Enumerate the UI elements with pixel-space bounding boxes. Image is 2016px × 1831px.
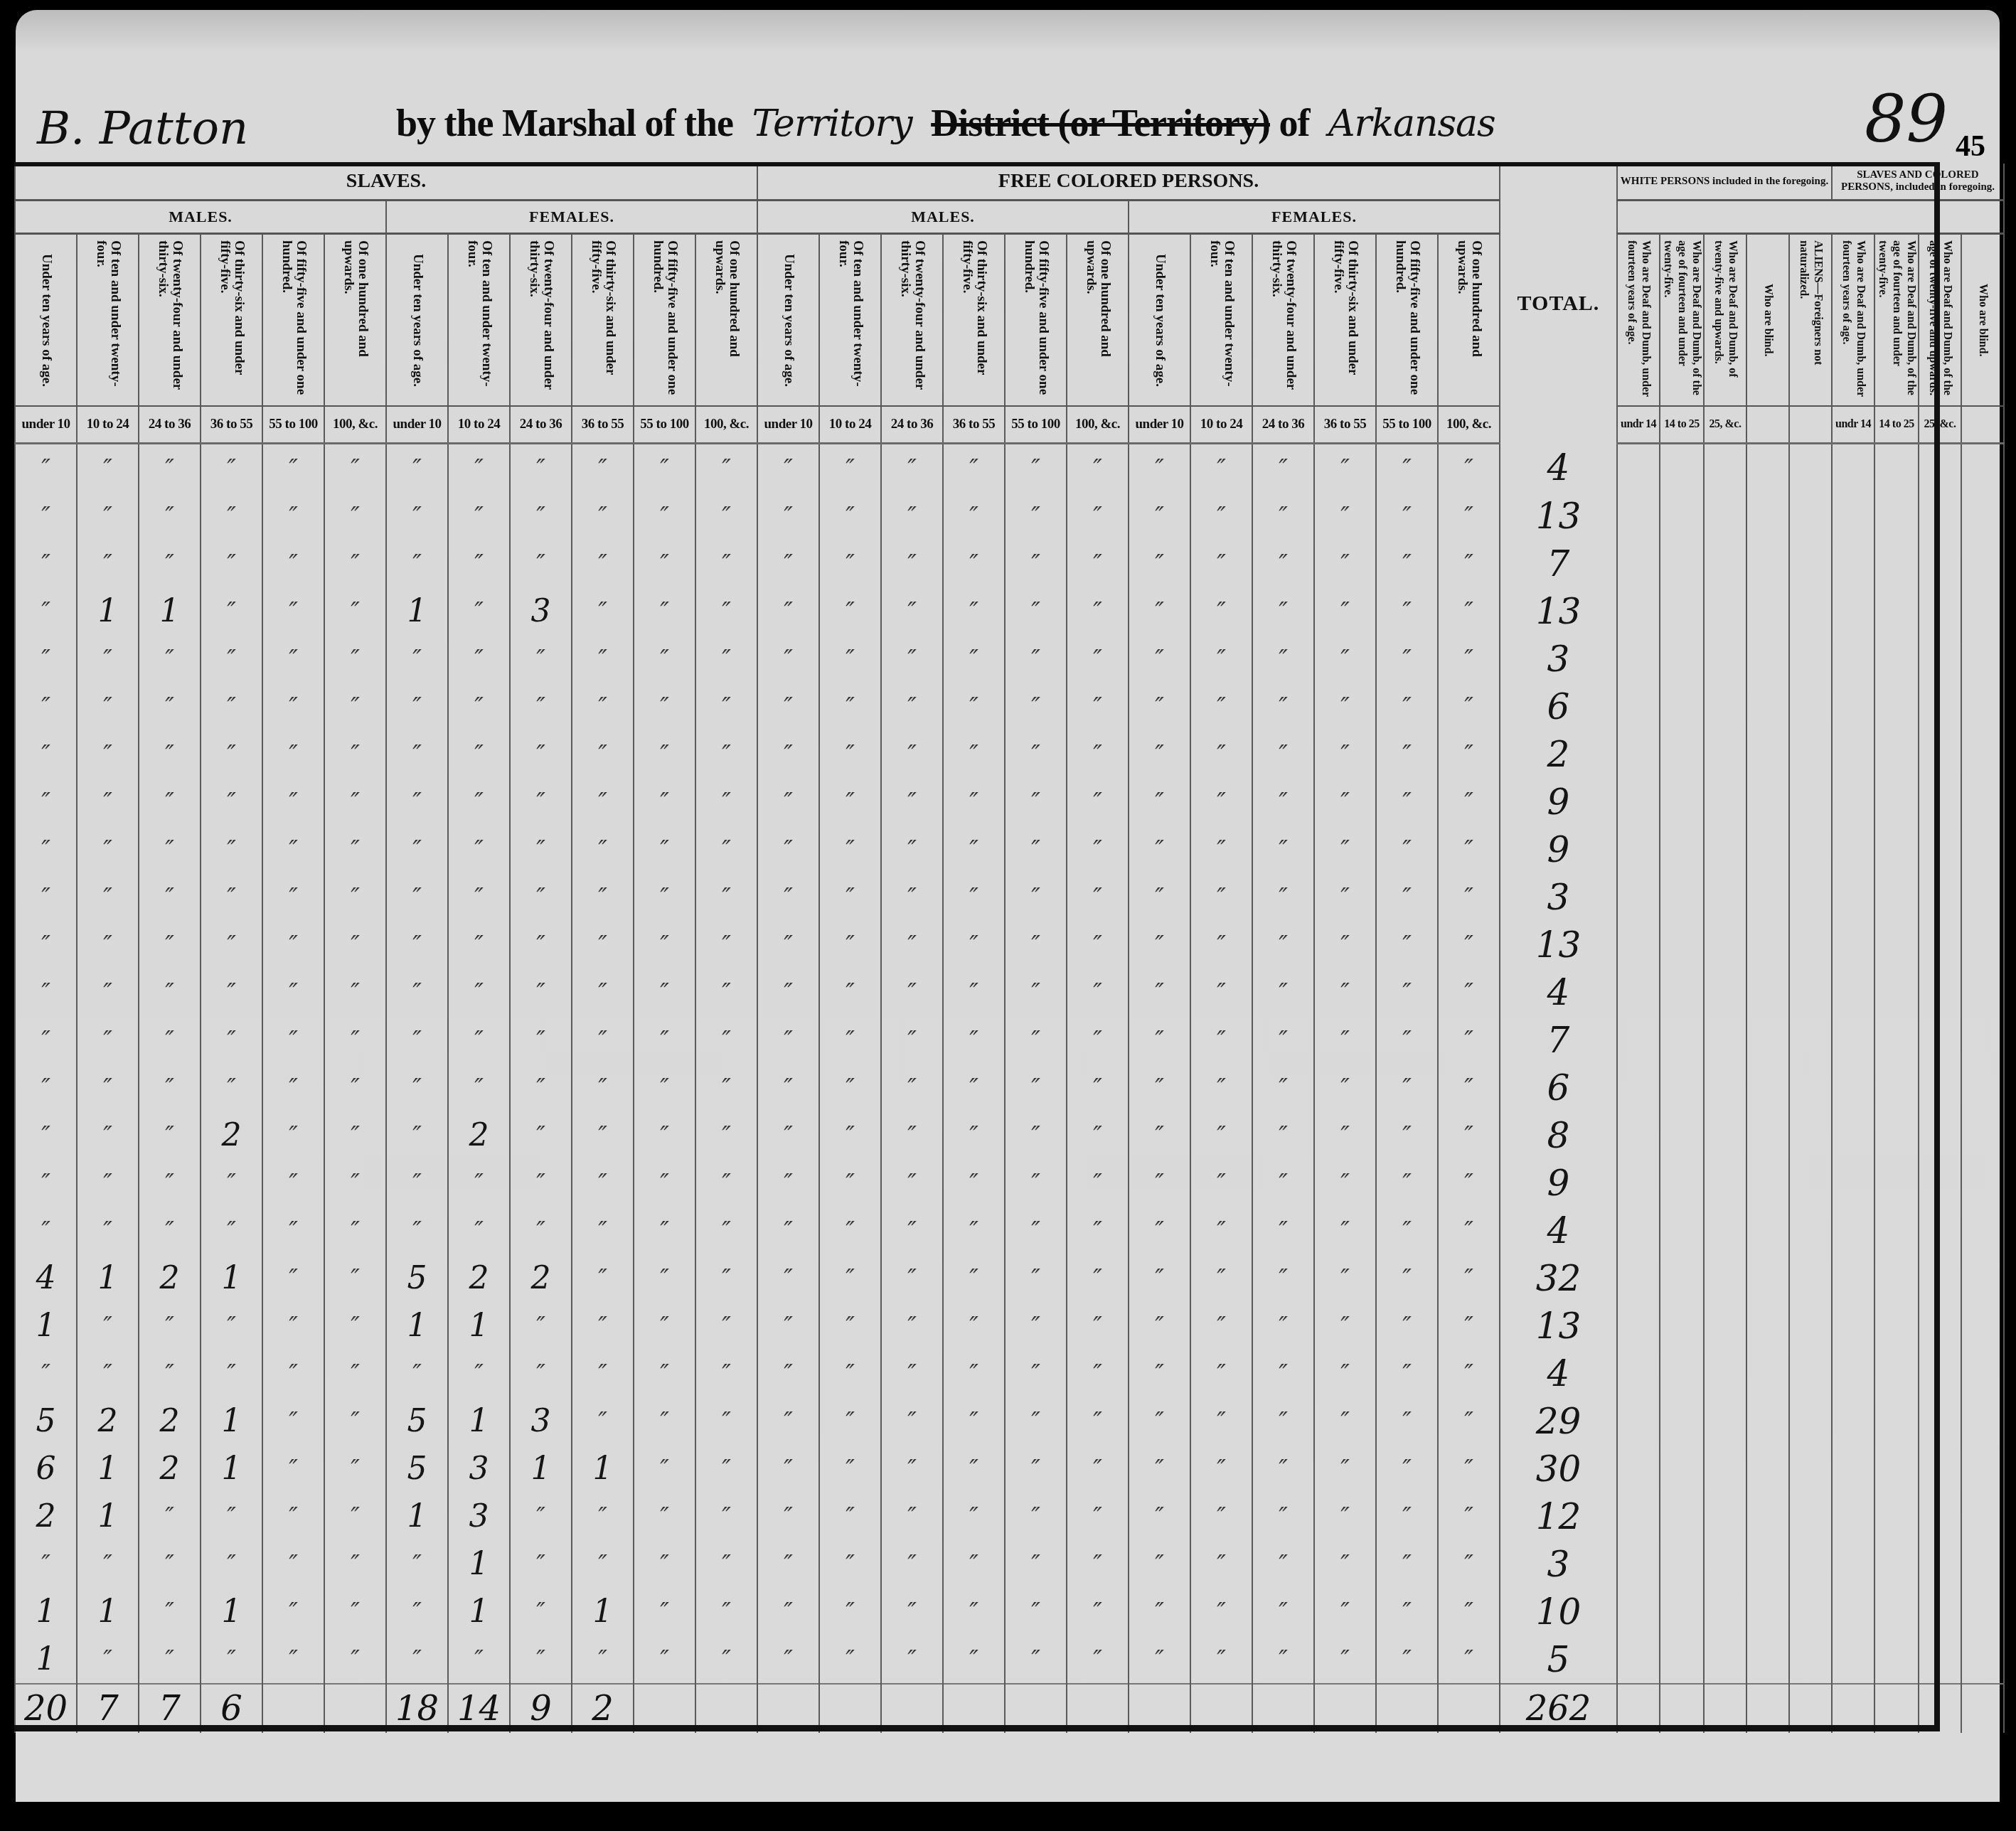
infirm-cell: [1704, 778, 1746, 826]
infirm-cell: [1832, 921, 1874, 968]
age-column-header: Of fifty-five and under one hundred.: [1005, 234, 1067, 407]
infirm-cell: [1789, 1588, 1832, 1635]
table-row: ″″″2″″″2″″″″″″″″″″″″″″″″8: [15, 1111, 2004, 1159]
free-colored-sum: [1438, 1684, 1500, 1733]
slave-male-cell: 2: [201, 1111, 262, 1159]
free-colored-cell: ″: [1438, 1064, 1500, 1111]
infirm-cell: [1617, 730, 1660, 778]
slave-male-cell: ″: [324, 873, 386, 921]
infirm-cell: [1919, 635, 1961, 683]
slave-female-cell: ″: [695, 587, 757, 635]
slave-male-cell: ″: [201, 1159, 262, 1207]
free-colored-cell: ″: [1376, 778, 1438, 826]
free-colored-cell: ″: [757, 1588, 819, 1635]
slave-male-cell: ″: [262, 683, 324, 730]
infirm-cell: [1832, 1445, 1874, 1493]
free-colored-cell: ″: [1067, 683, 1129, 730]
slave-female-cell: ″: [572, 1493, 634, 1540]
slave-male-cell: 2: [139, 1397, 201, 1445]
infirm-cell: [1704, 826, 1746, 873]
slave-male-cell: ″: [201, 1540, 262, 1588]
infirm-cell: [1660, 540, 1704, 587]
infirm-cell: [1874, 873, 1919, 921]
colored-infirm-column-header: Who are blind.: [1961, 234, 2004, 407]
age-range-label: 55 to 100: [1376, 406, 1438, 444]
slave-male-cell: ″: [201, 778, 262, 826]
slave-female-cell: ″: [510, 826, 572, 873]
colored-column-description: Who are Deaf and Dumb, of the age of fou…: [1875, 240, 1918, 400]
infirm-cell: [1961, 444, 2004, 493]
table-row: ″″″″″″″″″″″″″″″″″″″″″″″″7: [15, 540, 2004, 587]
free-colored-cell: ″: [819, 1493, 881, 1540]
free-colored-cell: ″: [1190, 1207, 1252, 1254]
slave-female-cell: ″: [634, 730, 695, 778]
free-colored-cell: ″: [1005, 1635, 1067, 1684]
infirm-cell: [1617, 1445, 1660, 1493]
slave-female-cell: ″: [572, 778, 634, 826]
infirm-cell: [1704, 444, 1746, 493]
table-row: 6121″″5311″″″″″″″″″″″″″″30: [15, 1445, 2004, 1493]
infirm-cell: [1704, 635, 1746, 683]
infirm-cell: [1919, 1493, 1961, 1540]
infirm-cell: [1961, 1254, 2004, 1302]
row-total: 4: [1500, 1350, 1617, 1397]
free-colored-cell: ″: [1438, 587, 1500, 635]
slave-female-sum: 14: [448, 1684, 510, 1733]
free-colored-cell: ″: [1314, 1445, 1376, 1493]
infirm-cell: [1704, 540, 1746, 587]
infirm-cell: [1660, 1635, 1704, 1684]
infirm-cell: [1874, 1540, 1919, 1588]
free-colored-cell: ″: [1438, 1111, 1500, 1159]
infirm-cell: [1832, 873, 1874, 921]
infirm-cell: [1746, 1159, 1789, 1207]
infirm-cell: [1617, 1588, 1660, 1635]
age-column-description: Of one hundred and upwards.: [341, 240, 370, 400]
slave-male-cell: ″: [324, 635, 386, 683]
infirm-cell: [1704, 492, 1746, 540]
infirm-cell: [1704, 730, 1746, 778]
slave-female-cell: ″: [386, 683, 448, 730]
free-colored-cell: ″: [881, 1397, 943, 1445]
slave-female-cell: ″: [695, 1254, 757, 1302]
title-of: of: [1279, 102, 1310, 144]
slave-female-cell: ″: [448, 587, 510, 635]
white-column-description: Who are Deaf and Dumb, of twenty-five an…: [1711, 240, 1739, 400]
slave-female-cell: ″: [510, 1064, 572, 1111]
free-colored-cell: ″: [1005, 826, 1067, 873]
free-colored-cell: ″: [1005, 492, 1067, 540]
slave-male-cell: ″: [139, 683, 201, 730]
free-colored-cell: ″: [1314, 1111, 1376, 1159]
free-colored-cell: ″: [819, 873, 881, 921]
slave-female-cell: 2: [448, 1111, 510, 1159]
free-colored-cell: ″: [1438, 1397, 1500, 1445]
free-colored-cell: ″: [1252, 587, 1314, 635]
title-prefix: by the Marshal of the: [396, 102, 733, 144]
slave-female-cell: ″: [510, 873, 572, 921]
free-colored-cell: ″: [1314, 1016, 1376, 1064]
slave-female-cell: ″: [695, 1207, 757, 1254]
slave-female-cell: ″: [634, 1064, 695, 1111]
slave-male-cell: 2: [15, 1493, 77, 1540]
free-colored-cell: ″: [1067, 540, 1129, 587]
infirm-cell: [1832, 1111, 1874, 1159]
row-total: 3: [1500, 873, 1617, 921]
slave-male-cell: ″: [324, 1397, 386, 1445]
infirm-cell: [1746, 778, 1789, 826]
slave-male-cell: ″: [15, 492, 77, 540]
slave-female-cell: ″: [695, 1016, 757, 1064]
free-colored-cell: ″: [1129, 1493, 1190, 1540]
free-colored-cell: ″: [1005, 1588, 1067, 1635]
age-range-label: 24 to 36: [1252, 406, 1314, 444]
slave-female-cell: ″: [634, 1254, 695, 1302]
free-colored-cell: ″: [819, 1588, 881, 1635]
infirm-cell: [1746, 1397, 1789, 1445]
infirm-sum: [1832, 1684, 1874, 1733]
slave-male-cell: ″: [324, 1350, 386, 1397]
infirm-cell: [1789, 635, 1832, 683]
table-row: ″″″″″″″″″″″″″″″″″″″″″″″″4: [15, 968, 2004, 1016]
slave-male-cell: ″: [139, 492, 201, 540]
slave-male-cell: ″: [262, 1254, 324, 1302]
infirm-cell: [1919, 873, 1961, 921]
free-colored-cell: ″: [1314, 1064, 1376, 1111]
slave-female-cell: ″: [448, 1207, 510, 1254]
infirm-cell: [1832, 968, 1874, 1016]
slave-male-cell: ″: [15, 1016, 77, 1064]
free-colored-cell: ″: [1005, 730, 1067, 778]
free-colored-cell: ″: [881, 1350, 943, 1397]
free-colored-cell: ″: [1252, 1493, 1314, 1540]
free-colored-sum: [1376, 1684, 1438, 1733]
infirm-cell: [1617, 1397, 1660, 1445]
free-colored-cell: ″: [1376, 873, 1438, 921]
infirm-cell: [1919, 1016, 1961, 1064]
free-colored-cell: ″: [1129, 587, 1190, 635]
infirm-cell: [1617, 1111, 1660, 1159]
free-colored-cell: ″: [757, 683, 819, 730]
infirm-cell: [1746, 873, 1789, 921]
infirm-cell: [1789, 1254, 1832, 1302]
table-row: ″″″″″″″″″″″″″″″″″″″″″″″″3: [15, 635, 2004, 683]
slave-male-cell: 2: [77, 1397, 139, 1445]
slave-female-cell: ″: [695, 1302, 757, 1350]
printed-page-number: 45: [1956, 129, 1985, 164]
slave-male-cell: ″: [262, 587, 324, 635]
free-colored-cell: ″: [1252, 444, 1314, 493]
free-colored-cell: ″: [943, 683, 1005, 730]
slave-female-cell: ″: [695, 635, 757, 683]
free-colored-cell: ″: [881, 968, 943, 1016]
infirm-cell: [1617, 1540, 1660, 1588]
white-infirm-column-header: Who are Deaf and Dumb, under fourteen ye…: [1617, 234, 1660, 407]
white-infirm-column-header: Who are Deaf and Dumb, of the age of fou…: [1660, 234, 1704, 407]
handwritten-page-number: 89: [1865, 81, 1948, 157]
infirm-sum: [1746, 1684, 1789, 1733]
slave-female-cell: ″: [572, 683, 634, 730]
slave-female-cell: ″: [386, 921, 448, 968]
row-total: 30: [1500, 1445, 1617, 1493]
table-row: ″″″″″″″″″″″″″″″″″″″″″″″″13: [15, 492, 2004, 540]
slave-male-cell: 1: [201, 1254, 262, 1302]
slave-male-cell: ″: [262, 826, 324, 873]
infirm-cell: [1919, 1445, 1961, 1493]
infirm-cell: [1919, 444, 1961, 493]
slave-female-cell: ″: [695, 826, 757, 873]
slave-male-cell: ″: [77, 730, 139, 778]
infirm-cell: [1919, 1588, 1961, 1635]
slave-male-cell: ″: [139, 1350, 201, 1397]
slave-male-cell: ″: [262, 1207, 324, 1254]
free-colored-cell: ″: [757, 635, 819, 683]
age-column-description: Of ten and under twenty-four.: [94, 240, 122, 400]
free-colored-cell: ″: [943, 1159, 1005, 1207]
infirm-cell: [1874, 635, 1919, 683]
subheader-spacer: [1617, 201, 2004, 234]
slave-female-cell: ″: [386, 730, 448, 778]
infirm-cell: [1704, 873, 1746, 921]
free-colored-cell: ″: [1190, 921, 1252, 968]
grand-total: 262: [1500, 1684, 1617, 1733]
slave-male-cell: ″: [139, 1159, 201, 1207]
infirm-cell: [1746, 587, 1789, 635]
column-totals-row: 20776181492262: [15, 1684, 2004, 1733]
slave-male-cell: ″: [324, 1540, 386, 1588]
slave-female-cell: ″: [510, 1635, 572, 1684]
table-row: ″″″″″″″″″″″″″″″″″″″″″″″″9: [15, 1159, 2004, 1207]
slave-male-cell: ″: [201, 587, 262, 635]
slave-male-cell: 1: [77, 587, 139, 635]
slave-male-cell: 1: [201, 1588, 262, 1635]
infirm-cell: [1789, 1540, 1832, 1588]
infirm-cell: [1617, 1254, 1660, 1302]
infirm-cell: [1789, 1397, 1832, 1445]
infirm-cell: [1789, 1111, 1832, 1159]
infirm-sum: [1874, 1684, 1919, 1733]
slave-female-cell: ″: [572, 492, 634, 540]
table-row: ″″″″″″″1″″″″″″″″″″″″″″″″3: [15, 1540, 2004, 1588]
slave-female-sum: 18: [386, 1684, 448, 1733]
age-range-label: 36 to 55: [572, 406, 634, 444]
infirm-cell: [1874, 1254, 1919, 1302]
age-range-label: 55 to 100: [1005, 406, 1067, 444]
slave-male-cell: ″: [201, 730, 262, 778]
free-colored-males-header: MALES.: [757, 201, 1129, 234]
age-column-description: Under ten years of age.: [782, 254, 796, 387]
infirm-sum: [1919, 1684, 1961, 1733]
slave-female-cell: ″: [634, 1397, 695, 1445]
infirm-cell: [1961, 1302, 2004, 1350]
free-colored-cell: ″: [1376, 1302, 1438, 1350]
infirm-cell: [1660, 968, 1704, 1016]
infirm-cell: [1874, 1445, 1919, 1493]
free-colored-cell: ″: [943, 444, 1005, 493]
slave-male-cell: ″: [262, 540, 324, 587]
free-colored-cell: ″: [1005, 1302, 1067, 1350]
infirm-cell: [1617, 921, 1660, 968]
slave-male-cell: ″: [324, 1588, 386, 1635]
infirm-cell: [1919, 1254, 1961, 1302]
free-colored-cell: ″: [1252, 826, 1314, 873]
row-total: 4: [1500, 968, 1617, 1016]
slave-female-cell: 3: [448, 1493, 510, 1540]
slave-male-cell: ″: [77, 444, 139, 493]
infirm-cell: [1789, 730, 1832, 778]
free-colored-cell: ″: [1190, 587, 1252, 635]
free-colored-cell: ″: [1129, 1540, 1190, 1588]
free-colored-cell: ″: [1190, 1493, 1252, 1540]
infirm-cell: [1919, 826, 1961, 873]
slave-male-cell: ″: [15, 1159, 77, 1207]
slave-male-cell: ″: [139, 1493, 201, 1540]
slave-female-cell: ″: [695, 1159, 757, 1207]
slave-female-cell: ″: [572, 1540, 634, 1588]
infirm-cell: [1961, 1111, 2004, 1159]
free-colored-sum: [757, 1684, 819, 1733]
slave-male-cell: ″: [262, 1016, 324, 1064]
free-colored-cell: ″: [943, 968, 1005, 1016]
slave-female-cell: ″: [510, 778, 572, 826]
slave-male-cell: ″: [201, 1302, 262, 1350]
infirm-cell: [1919, 968, 1961, 1016]
slave-female-cell: ″: [510, 1350, 572, 1397]
free-colored-cell: ″: [881, 730, 943, 778]
free-colored-cell: ″: [881, 587, 943, 635]
free-colored-cell: ″: [943, 730, 1005, 778]
age-column-header: Of twenty-four and under thirty-six.: [139, 234, 201, 407]
free-colored-cell: ″: [1005, 873, 1067, 921]
infirm-cell: [1746, 683, 1789, 730]
slave-female-cell: ″: [634, 1635, 695, 1684]
free-colored-cell: ″: [1314, 635, 1376, 683]
white-column-description: Who are blind.: [1761, 284, 1775, 356]
slave-male-cell: ″: [139, 1207, 201, 1254]
group-free-colored: FREE COLORED PERSONS.: [757, 164, 1500, 201]
slave-female-cell: ″: [634, 635, 695, 683]
slave-male-cell: ″: [77, 492, 139, 540]
free-colored-cell: ″: [819, 444, 881, 493]
slave-male-cell: ″: [77, 826, 139, 873]
group-white-persons: WHITE PERSONS included in the foregoing.: [1617, 164, 1832, 201]
slave-male-cell: ″: [15, 540, 77, 587]
free-colored-cell: ″: [1438, 1540, 1500, 1588]
free-colored-cell: ″: [1190, 1397, 1252, 1445]
row-total: 9: [1500, 778, 1617, 826]
free-colored-cell: ″: [1376, 1159, 1438, 1207]
slave-male-cell: ″: [77, 1302, 139, 1350]
slave-male-cell: ″: [324, 540, 386, 587]
free-colored-cell: ″: [1314, 1588, 1376, 1635]
slave-male-cell: ″: [324, 587, 386, 635]
age-column-description: Of thirty-six and under fifty-five.: [218, 240, 246, 400]
free-colored-cell: ″: [1314, 1207, 1376, 1254]
infirm-cell: [1961, 1350, 2004, 1397]
slave-female-cell: ″: [510, 730, 572, 778]
row-total: 29: [1500, 1397, 1617, 1445]
free-colored-cell: ″: [881, 1493, 943, 1540]
infirm-cell: [1961, 1445, 2004, 1493]
slave-male-cell: 5: [15, 1397, 77, 1445]
age-column-header: Of fifty-five and under one hundred.: [1376, 234, 1438, 407]
free-colored-cell: ″: [1314, 1635, 1376, 1684]
infirm-cell: [1832, 1540, 1874, 1588]
free-colored-sum: [1067, 1684, 1129, 1733]
infirm-cell: [1961, 540, 2004, 587]
age-range-label: 36 to 55: [943, 406, 1005, 444]
slave-female-cell: ″: [448, 873, 510, 921]
slave-male-cell: ″: [15, 1064, 77, 1111]
free-colored-cell: ″: [1252, 683, 1314, 730]
free-colored-cell: ″: [1067, 444, 1129, 493]
free-colored-cell: ″: [1129, 1445, 1190, 1493]
slave-male-cell: ″: [262, 730, 324, 778]
row-total: 3: [1500, 635, 1617, 683]
free-colored-cell: ″: [1190, 1350, 1252, 1397]
slave-female-cell: ″: [386, 826, 448, 873]
infirm-cell: [1660, 1016, 1704, 1064]
infirm-cell: [1746, 730, 1789, 778]
slave-female-cell: ″: [572, 587, 634, 635]
slave-male-cell: ″: [15, 921, 77, 968]
handwritten-place: Arkansas: [1328, 102, 1495, 145]
slave-male-cell: ″: [262, 1588, 324, 1635]
slave-male-cell: ″: [15, 444, 77, 493]
free-colored-cell: ″: [1314, 683, 1376, 730]
slave-female-cell: ″: [510, 444, 572, 493]
infirm-cell: [1617, 1064, 1660, 1111]
infirm-cell: [1660, 1207, 1704, 1254]
infirm-cell: [1874, 683, 1919, 730]
infirm-sum: [1789, 1684, 1832, 1733]
infirm-cell: [1660, 587, 1704, 635]
row-total: 12: [1500, 1493, 1617, 1540]
age-column-header: Of thirty-six and under fifty-five.: [943, 234, 1005, 407]
slave-female-cell: ″: [448, 635, 510, 683]
free-colored-cell: ″: [1376, 1397, 1438, 1445]
table-row: 1″″″″″″″″″″″″″″″″″″″″″″″5: [15, 1635, 2004, 1684]
infirm-cell: [1832, 587, 1874, 635]
free-colored-cell: ″: [1129, 444, 1190, 493]
infirm-cell: [1704, 1159, 1746, 1207]
infirm-cell: [1832, 1588, 1874, 1635]
slave-male-cell: ″: [201, 873, 262, 921]
infirm-cell: [1789, 1159, 1832, 1207]
free-colored-cell: ″: [819, 492, 881, 540]
infirm-cell: [1874, 968, 1919, 1016]
free-colored-cell: ″: [1376, 921, 1438, 968]
free-colored-cell: ″: [1067, 873, 1129, 921]
slave-female-cell: ″: [448, 826, 510, 873]
free-colored-cell: ″: [819, 968, 881, 1016]
row-total: 13: [1500, 1302, 1617, 1350]
slave-female-cell: 1: [448, 1588, 510, 1635]
age-range-label: 100, &c.: [1067, 406, 1129, 444]
free-colored-cell: ″: [1252, 1540, 1314, 1588]
free-colored-cell: ″: [1376, 1350, 1438, 1397]
table-row: ″″″″″″″″″″″″″″″″″″″″″″″″2: [15, 730, 2004, 778]
slave-male-cell: ″: [324, 1016, 386, 1064]
free-colored-cell: ″: [1438, 1302, 1500, 1350]
age-range-label: 100, &c.: [324, 406, 386, 444]
infirm-cell: [1874, 730, 1919, 778]
slaves-females-header: FEMALES.: [386, 201, 757, 234]
free-colored-cell: ″: [1438, 492, 1500, 540]
slave-male-cell: ″: [262, 1635, 324, 1684]
slave-male-cell: 1: [77, 1588, 139, 1635]
free-colored-cell: ″: [1129, 1016, 1190, 1064]
